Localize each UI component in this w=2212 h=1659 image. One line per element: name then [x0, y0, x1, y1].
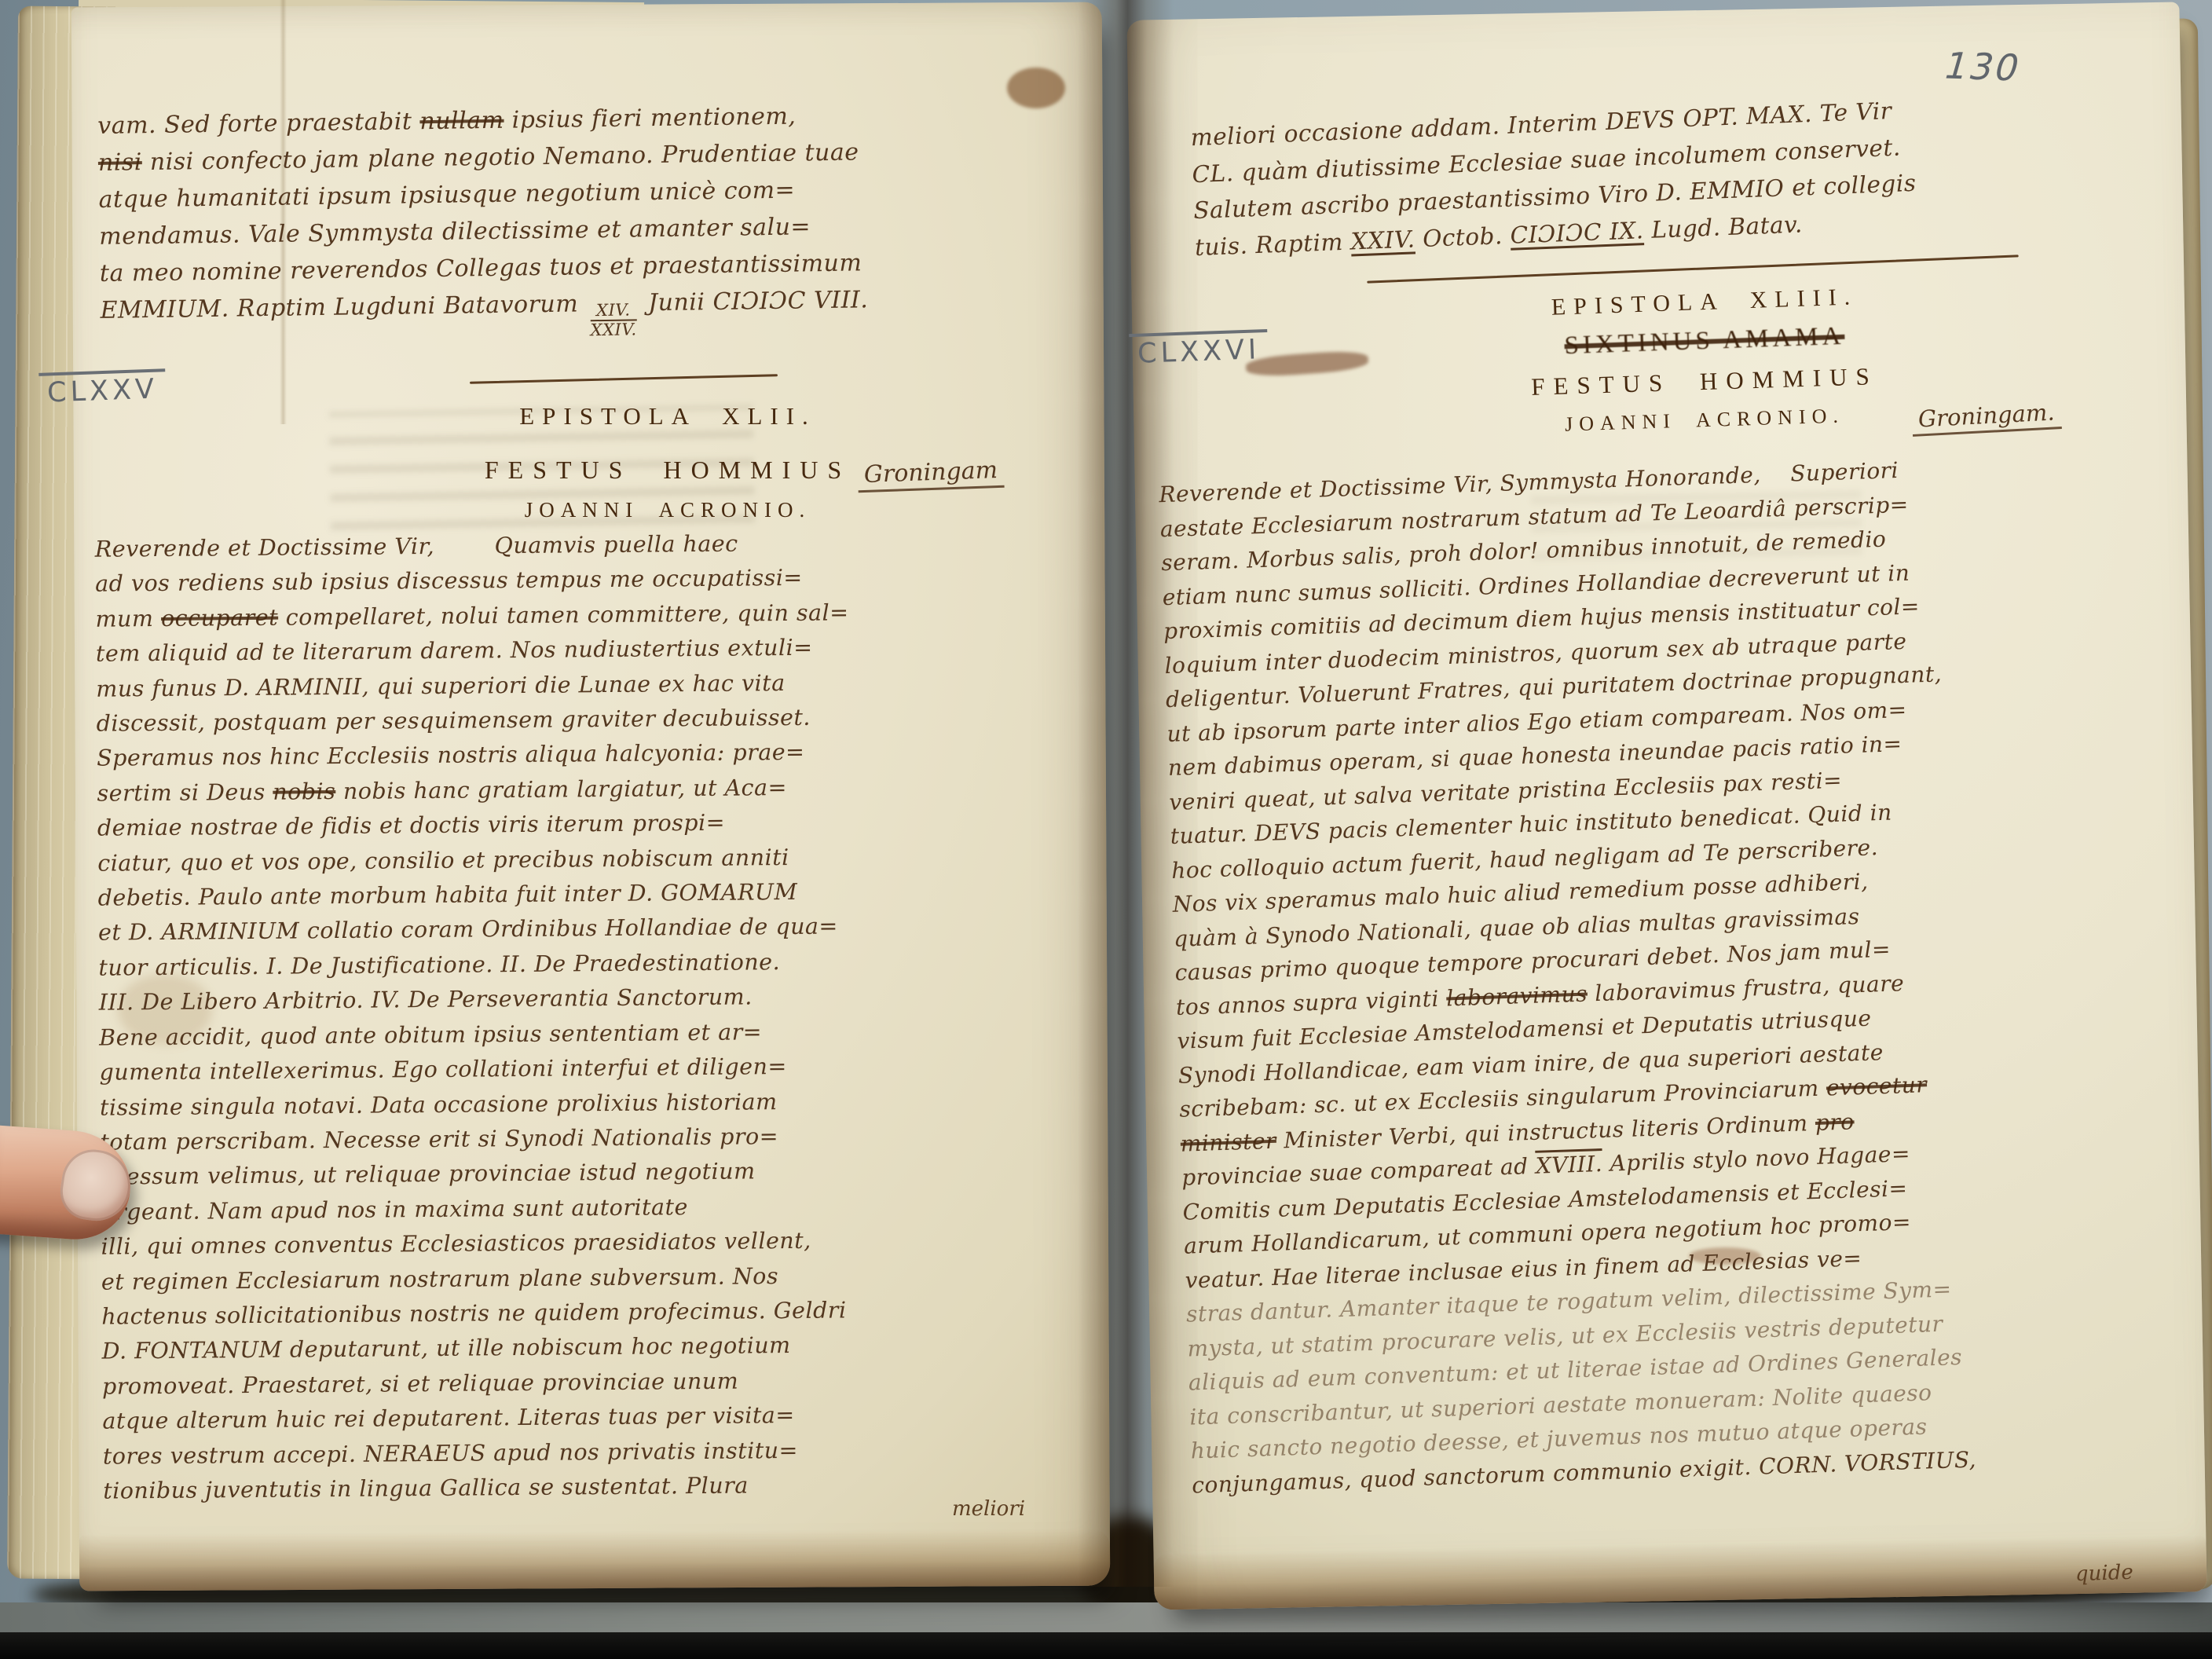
left-letter-body: Reverende et Doctissime Vir, Quamvis pue…: [95, 523, 1125, 1509]
epistola-heading-left: EPISTOLA XLII.: [369, 402, 966, 430]
place-note-left: Groningam: [857, 456, 1004, 493]
table-edge: [0, 1632, 2212, 1659]
folio-number: 130: [1939, 44, 2027, 89]
catchword-right: quide: [2075, 1561, 2133, 1587]
margin-number-right: CLXXVI: [1129, 329, 1269, 370]
catchword-left: meliori: [952, 1497, 1025, 1521]
margin-number-left: CLXXV: [38, 368, 166, 409]
recipient-name-left: JOANNI ACRONIO.: [346, 498, 990, 522]
manuscript-photo: vam. Sed forte praestabit nullam ipsius …: [0, 0, 2212, 1659]
left-letter-ending: vam. Sed forte praestabit nullam ipsius …: [97, 93, 1106, 346]
right-letter-body: Reverende et Doctissime Vir, Symmysta Ho…: [1159, 443, 2212, 1502]
